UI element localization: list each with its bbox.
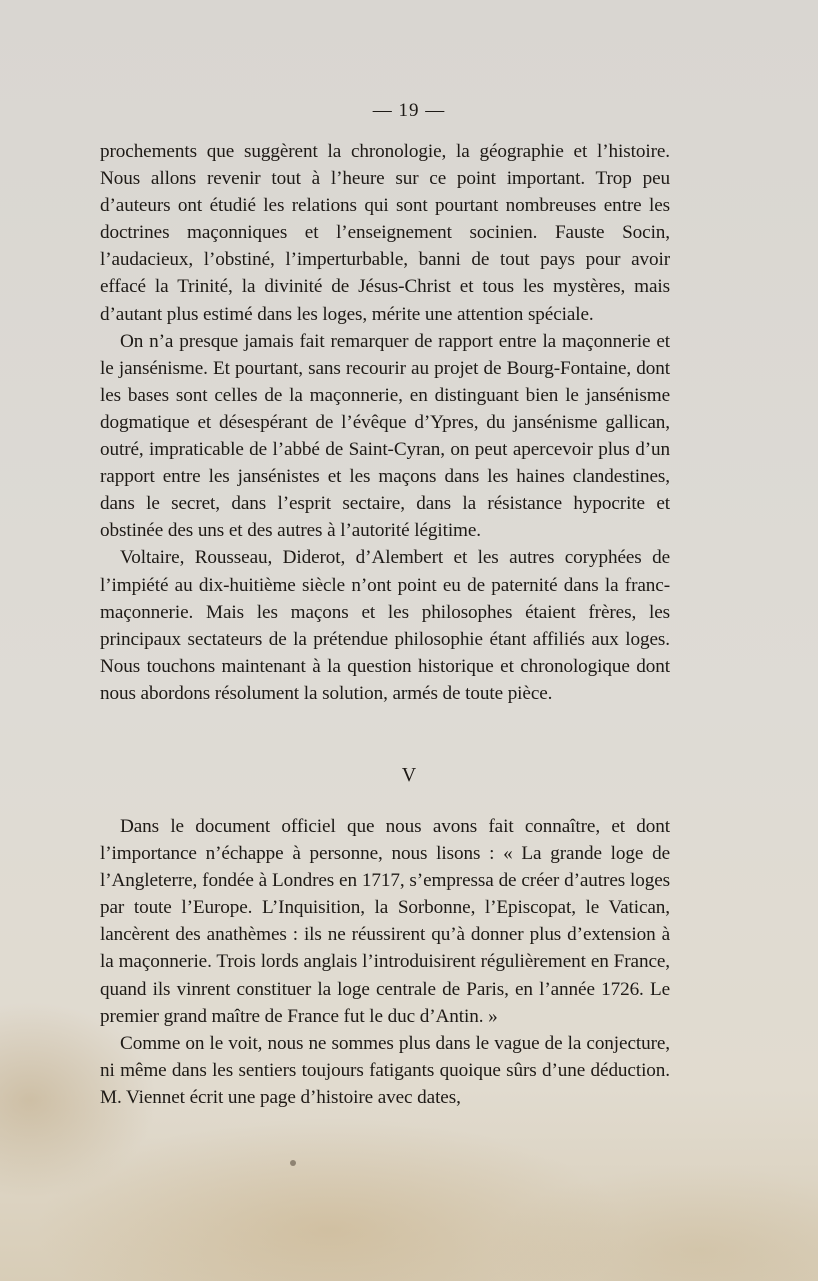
paragraph: prochements que suggèrent la chronologie…: [100, 138, 670, 328]
paragraph: On n’a presque jamais fait remarquer de …: [100, 328, 670, 545]
paper-blemish: [290, 1160, 296, 1166]
paragraph: Comme on le voit, nous ne sommes plus da…: [100, 1030, 670, 1111]
page-number: — 19 —: [0, 100, 818, 122]
paragraph: Voltaire, Rousseau, Diderot, d’Alembert …: [100, 544, 670, 707]
body-text-before-heading: prochements que suggèrent la chronologie…: [100, 138, 670, 707]
paragraph: Dans le document officiel que nous avons…: [100, 813, 670, 1030]
section-heading: V: [0, 764, 818, 787]
scanned-page: — 19 — prochements que suggèrent la chro…: [0, 0, 818, 1281]
body-text-after-heading: Dans le document officiel que nous avons…: [100, 813, 670, 1111]
